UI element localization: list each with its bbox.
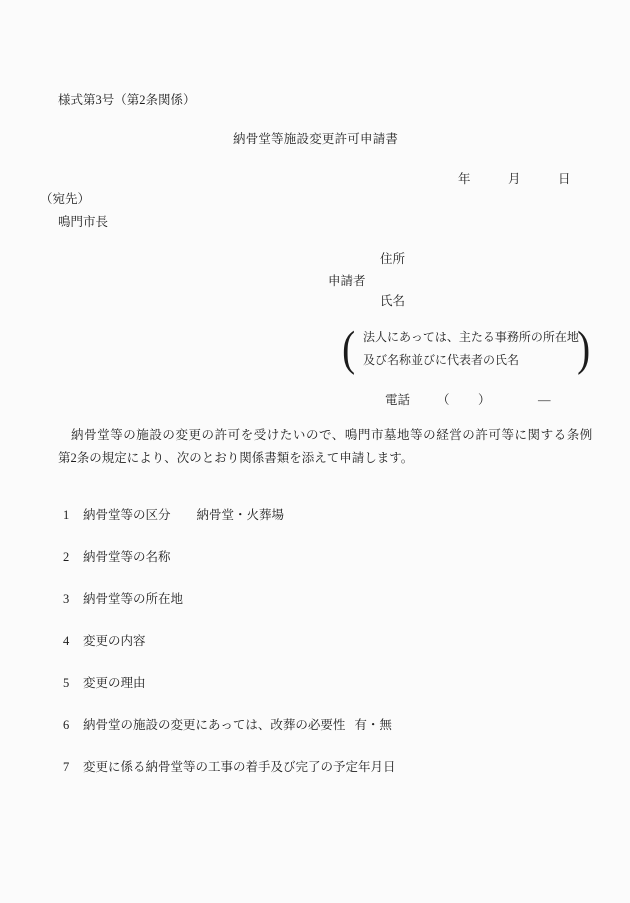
page-title: 納骨堂等施設変更許可申請書 bbox=[233, 133, 398, 146]
item-label: 変更に係る納骨堂等の工事の着手及び完了の予定年月日 bbox=[83, 760, 396, 774]
phone-open-paren: （ bbox=[437, 394, 450, 407]
item-row-2: 2納骨堂等の名称 bbox=[63, 551, 197, 564]
applicant-label: 申請者 bbox=[328, 275, 366, 288]
item-number: 2 bbox=[63, 551, 83, 564]
addressee-prefix: （宛先） bbox=[40, 193, 90, 206]
date-month-label: 月 bbox=[508, 173, 521, 186]
item-row-6: 6納骨堂の施設の変更にあっては、改葬の必要性有・無 bbox=[63, 719, 392, 732]
item-value: 有・無 bbox=[354, 718, 392, 732]
item-number: 4 bbox=[63, 635, 83, 648]
address-label: 住所 bbox=[380, 253, 405, 266]
item-number: 3 bbox=[63, 593, 83, 606]
item-row-3: 3納骨堂等の所在地 bbox=[63, 593, 209, 606]
item-label: 変更の理由 bbox=[83, 676, 146, 690]
corporate-note-close-paren: ) bbox=[577, 321, 590, 378]
item-row-5: 5変更の理由 bbox=[63, 677, 172, 690]
item-label: 納骨堂の施設の変更にあっては、改葬の必要性 bbox=[83, 718, 345, 732]
item-number: 1 bbox=[63, 509, 83, 522]
item-label: 納骨堂等の区分 bbox=[83, 508, 171, 522]
body-paragraph-line1: 納骨堂等の施設の変更の許可を受けたいので、鳴門市墓地等の経営の許可等に関する条例 bbox=[58, 429, 593, 442]
corporate-note-line1: 法人にあっては、主たる事務所の所在地 bbox=[363, 331, 579, 343]
item-number: 5 bbox=[63, 677, 83, 690]
phone-label: 電話 bbox=[385, 394, 410, 407]
item-row-7: 7変更に係る納骨堂等の工事の着手及び完了の予定年月日 bbox=[63, 761, 422, 774]
application-form-page: 様式第3号（第2条関係） 納骨堂等施設変更許可申請書 年 月 日 （宛先） 鳴門… bbox=[0, 0, 630, 903]
date-year-label: 年 bbox=[458, 173, 471, 186]
addressee-name: 鳴門市長 bbox=[58, 216, 108, 229]
phone-dash: ― bbox=[538, 394, 551, 407]
body-paragraph-line2: 第2条の規定により、次のとおり関係書類を添えて申請します。 bbox=[58, 452, 413, 465]
form-number: 様式第3号（第2条関係） bbox=[58, 94, 196, 107]
item-row-4: 4変更の内容 bbox=[63, 635, 172, 648]
item-number: 6 bbox=[63, 719, 83, 732]
name-label: 氏名 bbox=[380, 295, 405, 308]
item-label: 納骨堂等の所在地 bbox=[83, 592, 183, 606]
item-value: 納骨堂・火葬場 bbox=[197, 508, 285, 522]
item-number: 7 bbox=[63, 761, 83, 774]
item-label: 納骨堂等の名称 bbox=[83, 550, 171, 564]
phone-close-paren: ） bbox=[478, 394, 491, 407]
corporate-note-line2: 及び名称並びに代表者の氏名 bbox=[363, 354, 519, 366]
date-day-label: 日 bbox=[558, 173, 571, 186]
corporate-note-open-paren: ( bbox=[342, 321, 355, 378]
item-label: 変更の内容 bbox=[83, 634, 146, 648]
item-row-1: 1納骨堂等の区分納骨堂・火葬場 bbox=[63, 509, 284, 522]
